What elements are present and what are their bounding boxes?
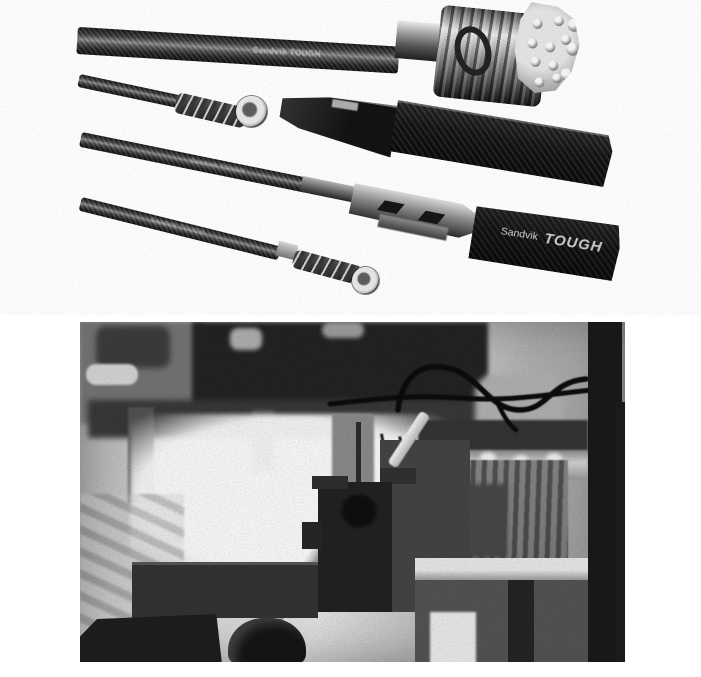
drill-rod-2-body	[389, 100, 615, 188]
drill-rod-4-collar	[275, 241, 298, 260]
bit-gauge-button	[567, 18, 581, 32]
bit-gauge-button	[565, 42, 579, 56]
test-drill-rod	[234, 504, 348, 662]
bit-button	[553, 16, 564, 27]
background-post	[252, 410, 274, 472]
fixture-shoulder	[380, 468, 416, 484]
bit-button	[530, 56, 541, 67]
overexposed-area	[130, 414, 490, 592]
background-light-gap	[322, 322, 364, 338]
bit-button	[545, 42, 556, 53]
background-post	[128, 407, 154, 503]
shelf-highlight	[546, 453, 562, 465]
sleeve-slot	[377, 200, 405, 214]
fixture-lip	[312, 476, 348, 489]
sensor-cables	[80, 322, 625, 662]
bench-light-patch	[430, 612, 476, 662]
under-bench-shadow	[415, 580, 588, 662]
cable-arc	[398, 367, 586, 410]
hanging-wire	[380, 433, 395, 502]
cable-straight	[330, 390, 592, 404]
floor-streaks	[80, 494, 184, 644]
drill-bit-face	[510, 1, 583, 97]
background-dark-band	[88, 400, 488, 438]
sandvik-emblem-ring	[449, 22, 496, 79]
background-light-gap	[230, 328, 262, 350]
fixture-back-post	[332, 414, 374, 498]
shelf-highlight	[480, 452, 496, 464]
background-machine-shape	[96, 326, 170, 368]
photo-grain-overlay	[80, 322, 625, 662]
rod-upper-section	[387, 411, 430, 469]
bench-leg	[508, 580, 534, 662]
foreground-box	[132, 562, 318, 618]
right-column	[588, 322, 622, 662]
shelf-highlight	[448, 454, 464, 466]
drill-rod-2-flushing-hole	[236, 96, 267, 127]
drill-rod-3-shaft: Sandvik TOUGH	[79, 132, 309, 193]
photo-grain-overlay	[0, 0, 701, 315]
drill-rod-2-coupling	[276, 88, 399, 158]
hanging-hoses	[438, 460, 568, 590]
bit-button	[548, 60, 559, 71]
drill-rod-3-inner-thread	[377, 214, 448, 241]
pale-background-shape	[475, 374, 563, 560]
drill-rods-photo: Sandvik TOUGH Sandvik TOUGH Sandvik TOUG…	[0, 0, 701, 315]
bit-button	[527, 38, 538, 49]
foreground-roller	[228, 618, 306, 662]
right-column-edge	[616, 402, 625, 662]
bit-button	[552, 73, 563, 84]
sleeve-slot	[418, 211, 446, 225]
fixture-block-right	[380, 440, 470, 612]
background-shelf-shadow	[418, 420, 588, 452]
workbench-surface	[415, 558, 588, 580]
drill-rod-4-flushing-hole	[352, 267, 379, 294]
shelf-highlight	[513, 455, 529, 467]
bit-button	[532, 18, 543, 29]
drill-rod-1-shank	[394, 20, 443, 62]
rod-4-faint-label: Sandvik TOUGH	[150, 216, 205, 236]
fixture-protrusion	[302, 522, 322, 549]
bit-button	[534, 77, 545, 88]
foreground-block	[80, 614, 222, 662]
drill-rod-1-shaft: Sandvik TOUGH	[76, 27, 399, 74]
rod-3-faint-label: Sandvik TOUGH	[190, 157, 246, 175]
test-rig-photo	[80, 322, 625, 662]
drill-rod-4-thread	[291, 249, 364, 285]
rod-3-model-label: TOUGH	[543, 230, 604, 256]
background-shelf	[418, 450, 588, 480]
hanging-wire	[398, 436, 427, 519]
drill-rod-3-coupling-sleeve	[348, 182, 480, 241]
background-cylinder	[86, 364, 138, 385]
fixture-pin	[356, 422, 361, 486]
drill-rod-3-neck	[300, 176, 360, 203]
bit-gauge-button	[560, 68, 574, 82]
drill-rod-2-shaft	[77, 74, 179, 108]
hanging-wire	[413, 439, 448, 513]
fixture-block-left	[318, 482, 392, 612]
coupling-highlight	[332, 99, 359, 111]
under-shelf-shadow	[425, 484, 507, 558]
drill-bit-body	[432, 5, 549, 108]
bit-button	[561, 34, 572, 45]
drill-rod-2-thread	[173, 92, 248, 129]
background-machinery	[80, 322, 204, 424]
rod-1-brand-label: Sandvik TOUGH	[253, 46, 322, 59]
cable-drop	[498, 404, 516, 430]
background-machinery-dark	[192, 322, 488, 410]
fixture-bore-hole	[340, 494, 378, 528]
drill-rod-4-shaft: Sandvik TOUGH	[79, 197, 281, 260]
rod-3-brand-label: Sandvik	[500, 225, 539, 243]
drill-rod-3-body: Sandvik TOUGH	[468, 203, 623, 281]
